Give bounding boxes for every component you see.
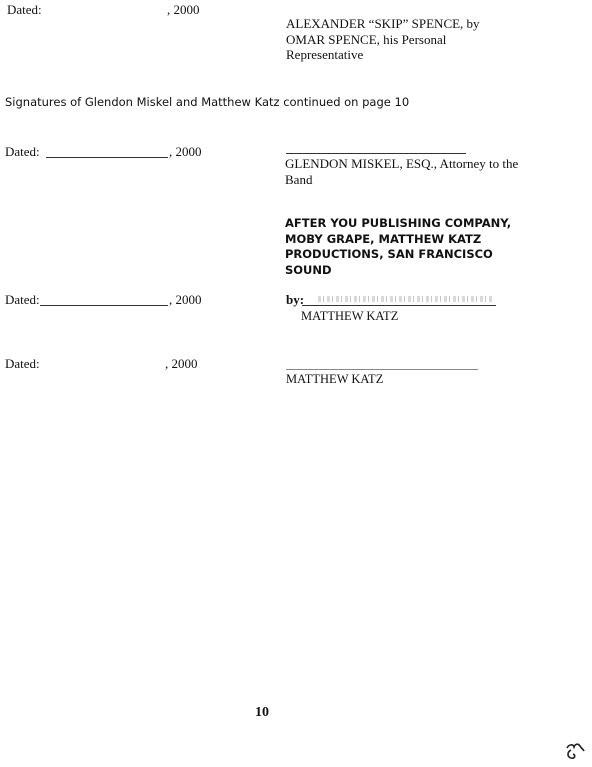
handwritten-mark-icon: [563, 738, 587, 762]
signatory-name-katz-company: MATTHEW KATZ: [301, 309, 398, 324]
dated-year-katz-company: , 2000: [169, 292, 202, 307]
signatory-spence: ALEXANDER “SKIP” SPENCE, by OMAR SPENCE,…: [286, 16, 480, 63]
entity-names: AFTER YOU PUBLISHING COMPANY, MOBY GRAPE…: [285, 216, 511, 278]
signature-line-katz: [286, 369, 478, 370]
signatory-miskel: GLENDON MISKEL, ESQ., Attorney to the Ba…: [285, 156, 518, 187]
date-signature-line: [46, 157, 168, 158]
dated-year-spence: , 2000: [167, 2, 200, 17]
dated-label-katz: Dated:: [5, 356, 40, 371]
signature-scribble: [318, 296, 494, 302]
dated-year-katz: , 2000: [165, 356, 198, 371]
dated-label-katz-company: Dated:: [5, 292, 40, 307]
entity-line: AFTER YOU PUBLISHING COMPANY,: [285, 216, 511, 232]
dated-label-miskel: Dated:: [5, 144, 40, 159]
signatory-line: ALEXANDER “SKIP” SPENCE, by: [286, 16, 480, 32]
date-signature-line: [40, 305, 168, 306]
continuation-note: Signatures of Glendon Miskel and Matthew…: [5, 95, 409, 109]
signature-line-miskel: [286, 153, 466, 154]
signatory-line: OMAR SPENCE, his Personal: [286, 32, 480, 48]
entity-line: MOBY GRAPE, MATTHEW KATZ: [285, 232, 511, 248]
entity-line: SOUND: [285, 263, 511, 279]
signatory-name-katz: MATTHEW KATZ: [286, 372, 383, 387]
signatory-line: Representative: [286, 47, 480, 63]
dated-label-spence: Dated:: [7, 2, 42, 17]
signatory-line: Band: [285, 172, 518, 188]
page-number: 10: [255, 705, 269, 721]
entity-line: PRODUCTIONS, SAN FRANCISCO: [285, 247, 511, 263]
signatory-line: GLENDON MISKEL, ESQ., Attorney to the: [285, 156, 518, 172]
signature-line-katz-company: [302, 305, 496, 306]
dated-year-miskel: , 2000: [169, 144, 202, 159]
